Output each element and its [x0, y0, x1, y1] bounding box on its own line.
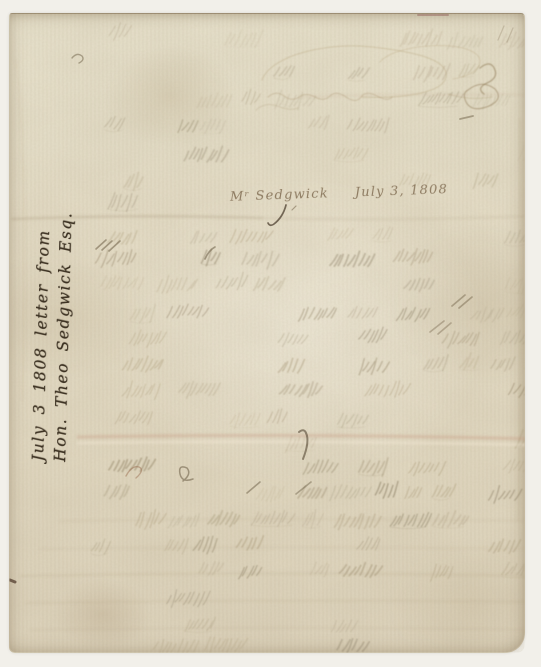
paper-texture-overlay	[0, 0, 541, 667]
scanned-letter: July 3 1808 letter from Hon. Theo Sedgwi…	[0, 0, 541, 667]
paper-grain	[9, 13, 525, 653]
archival-ink-annotation: July 3 1808 letter from Hon. Theo Sedgwi…	[27, 205, 78, 462]
inscription-date: July 3, 1808	[355, 182, 449, 201]
